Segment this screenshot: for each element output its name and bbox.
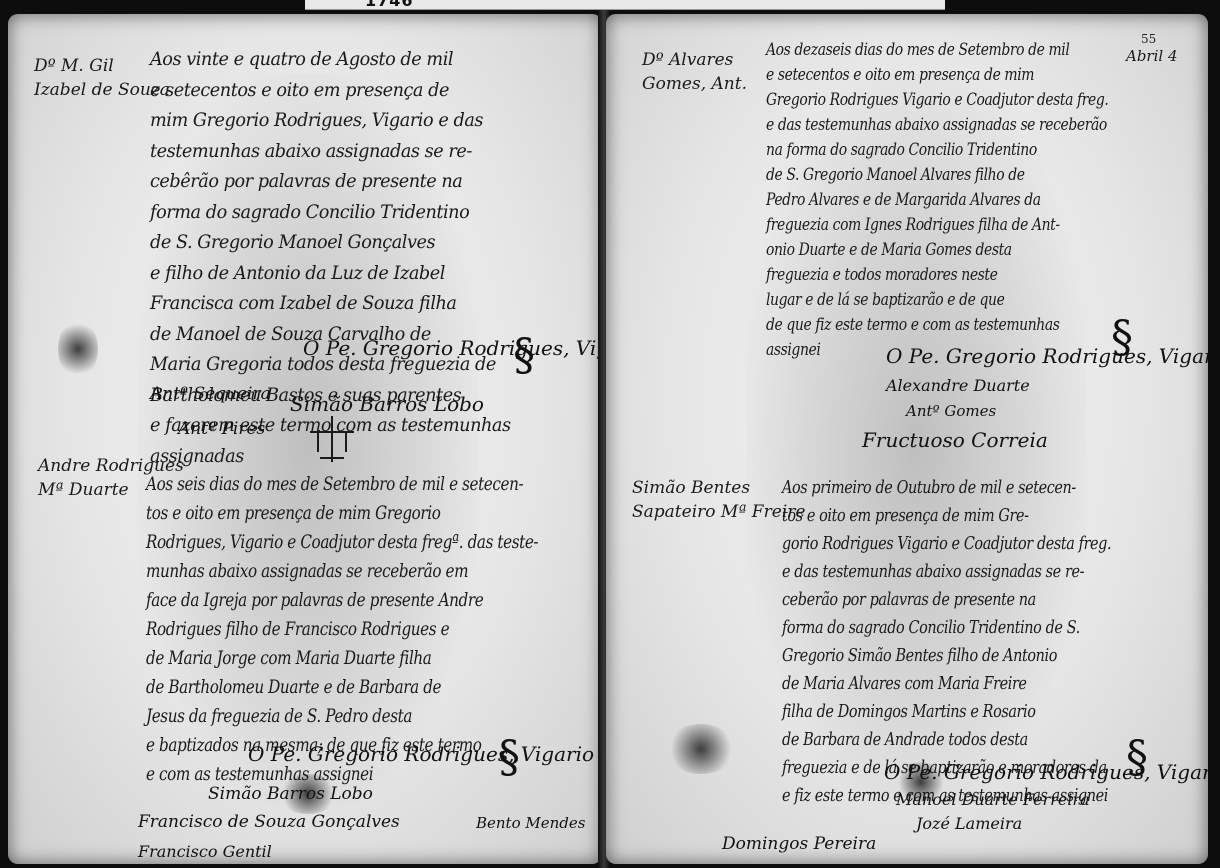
text-line: tos e oito em presença de mim Gregorio	[146, 499, 538, 528]
signature-witness: Antº Pires	[178, 419, 265, 439]
text-line: testemunhas abaixo assignadas se re-	[150, 136, 511, 167]
text-line: Francisca com Izabel de Souza filha	[150, 288, 511, 319]
text-line: Aos primeiro de Outubro de mil e setecen…	[782, 474, 1111, 502]
text-line: e filho de Antonio da Luz de Izabel	[150, 258, 511, 289]
signature-witness: Antº Sequeira	[150, 384, 271, 404]
text-line: de S. Gregorio Manoel Alvares filho de	[766, 163, 1108, 188]
top-right-note: Abril 4	[1126, 44, 1178, 68]
rubric-flourish-icon: §	[1111, 316, 1133, 360]
text-line: e setecentos e oito em presença de mim	[766, 63, 1108, 88]
signature-witness: Antº Gomes	[906, 402, 996, 420]
text-line: forma do sagrado Concilio Tridentino de …	[782, 614, 1111, 642]
text-line: Pedro Alvares e de Margarida Alvares da	[766, 188, 1108, 213]
text-line: onio Duarte e de Maria Gomes desta	[766, 238, 1108, 263]
text-line: e setecentos e oito em presença de	[150, 75, 511, 106]
text-line: de que fiz este termo e com as testemunh…	[766, 313, 1108, 338]
text-line: mim Gregorio Rodrigues, Vigario e das	[150, 105, 511, 136]
ink-blot	[896, 762, 946, 802]
film-label-strip: 1746	[305, 0, 945, 10]
signature-vigario: O Pe. Gregorio Rodrigues, Vigario	[248, 742, 594, 766]
ink-blot	[278, 774, 338, 814]
text-line: de S. Gregorio Manoel Gonçalves	[150, 227, 511, 258]
text-line: Jesus da freguezia de S. Pedro desta	[146, 702, 538, 731]
text-line: forma do sagrado Concilio Tridentino	[150, 197, 511, 228]
margin-note-entry-2: Simão Bentes Sapateiro Mª Freire	[632, 476, 805, 524]
text-line: cebêrão por palavras de presente na	[150, 166, 511, 197]
text-line: filha de Domingos Martins e Rosario	[782, 698, 1111, 726]
text-line: e das testemunhas abaixo assignadas se r…	[782, 558, 1111, 586]
right-page: 55 Abril 4 Dº Alvares Gomes, Ant. Aos de…	[606, 14, 1208, 864]
signature-vigario: O Pe. Gregorio Rodrigues, Vigario	[886, 344, 1208, 368]
cross-mark-icon	[306, 414, 358, 464]
text-line: freguezia e todos moradores neste	[766, 263, 1108, 288]
text-line: Aos dezaseis dias do mes de Setembro de …	[766, 38, 1108, 63]
signature-witness: Francisco de Souza Gonçalves	[138, 812, 400, 832]
text-line: Aos seis dias do mes de Setembro de mil …	[146, 470, 538, 499]
text-line: ceberão por palavras de presente na	[782, 586, 1111, 614]
text-line: munhas abaixo assignadas se receberão em	[146, 557, 538, 586]
text-line: Gregorio Simão Bentes filho de Antonio	[782, 642, 1111, 670]
text-line: face da Igreja por palavras de presente …	[146, 586, 538, 615]
text-line: de Bartholomeu Duarte e de Barbara de	[146, 673, 538, 702]
signature-witness: Jozé Lameira	[916, 814, 1022, 833]
ink-blot	[666, 724, 736, 774]
margin-occupation: Sapateiro	[632, 502, 716, 522]
rubric-flourish-icon: §	[513, 334, 535, 378]
text-line: Rodrigues, Vigario e Coadjutor desta fre…	[146, 528, 538, 557]
text-line: freguezia com Ignes Rodrigues filha de A…	[766, 213, 1108, 238]
text-line: de Barbara de Andrade todos desta	[782, 726, 1111, 754]
signature-witness: Domingos Pereira	[722, 834, 876, 854]
text-line: Aos vinte e quatro de Agosto de mil	[150, 44, 511, 75]
signature-witness: Francisco Gentil	[138, 842, 272, 861]
signature-witness: Bento Mendes	[476, 814, 585, 832]
text-line: de Maria Jorge com Maria Duarte filha	[146, 644, 538, 673]
signature-vigario: O Pe. Gregorio Rodrigues, Vigario	[303, 336, 602, 360]
text-line: na forma do sagrado Concilio Tridentino	[766, 138, 1108, 163]
signature-witness: Alexandre Duarte	[886, 376, 1030, 395]
text-line: Gregorio Rodrigues Vigario e Coadjutor d…	[766, 88, 1108, 113]
text-line: lugar e de lá se baptizarão e de que	[766, 288, 1108, 313]
left-page: Dº M. Gil Izabel de Souza Aos vinte e qu…	[8, 14, 602, 864]
text-line: de Maria Alvares com Maria Freire	[782, 670, 1111, 698]
margin-note-entry-1: Dº Alvares Gomes, Ant.	[642, 48, 747, 96]
text-line: tos e oito em presença de mim Gre-	[782, 502, 1111, 530]
ink-blot	[58, 319, 98, 379]
text-line: Rodrigues filho de Francisco Rodrigues e	[146, 615, 538, 644]
signature-witness: Fructuoso Correia	[862, 428, 1048, 452]
rubric-flourish-icon: §	[1126, 736, 1148, 780]
margin-name-groom: Dº Alvares	[642, 48, 747, 72]
rubric-flourish-icon: §	[498, 736, 520, 780]
signature-witness: Simão Barros Lobo	[290, 392, 484, 416]
margin-name-bride: Gomes, Ant.	[642, 72, 747, 96]
text-line: e das testemunhas abaixo assignadas se r…	[766, 113, 1108, 138]
text-line: gorio Rodrigues Vigario e Coadjutor dest…	[782, 530, 1111, 558]
film-label-text: 1746	[365, 0, 414, 10]
entry-1-text: Aos dezaseis dias do mes de Setembro de …	[766, 38, 1108, 363]
margin-name-groom: Simão Bentes	[632, 476, 805, 500]
